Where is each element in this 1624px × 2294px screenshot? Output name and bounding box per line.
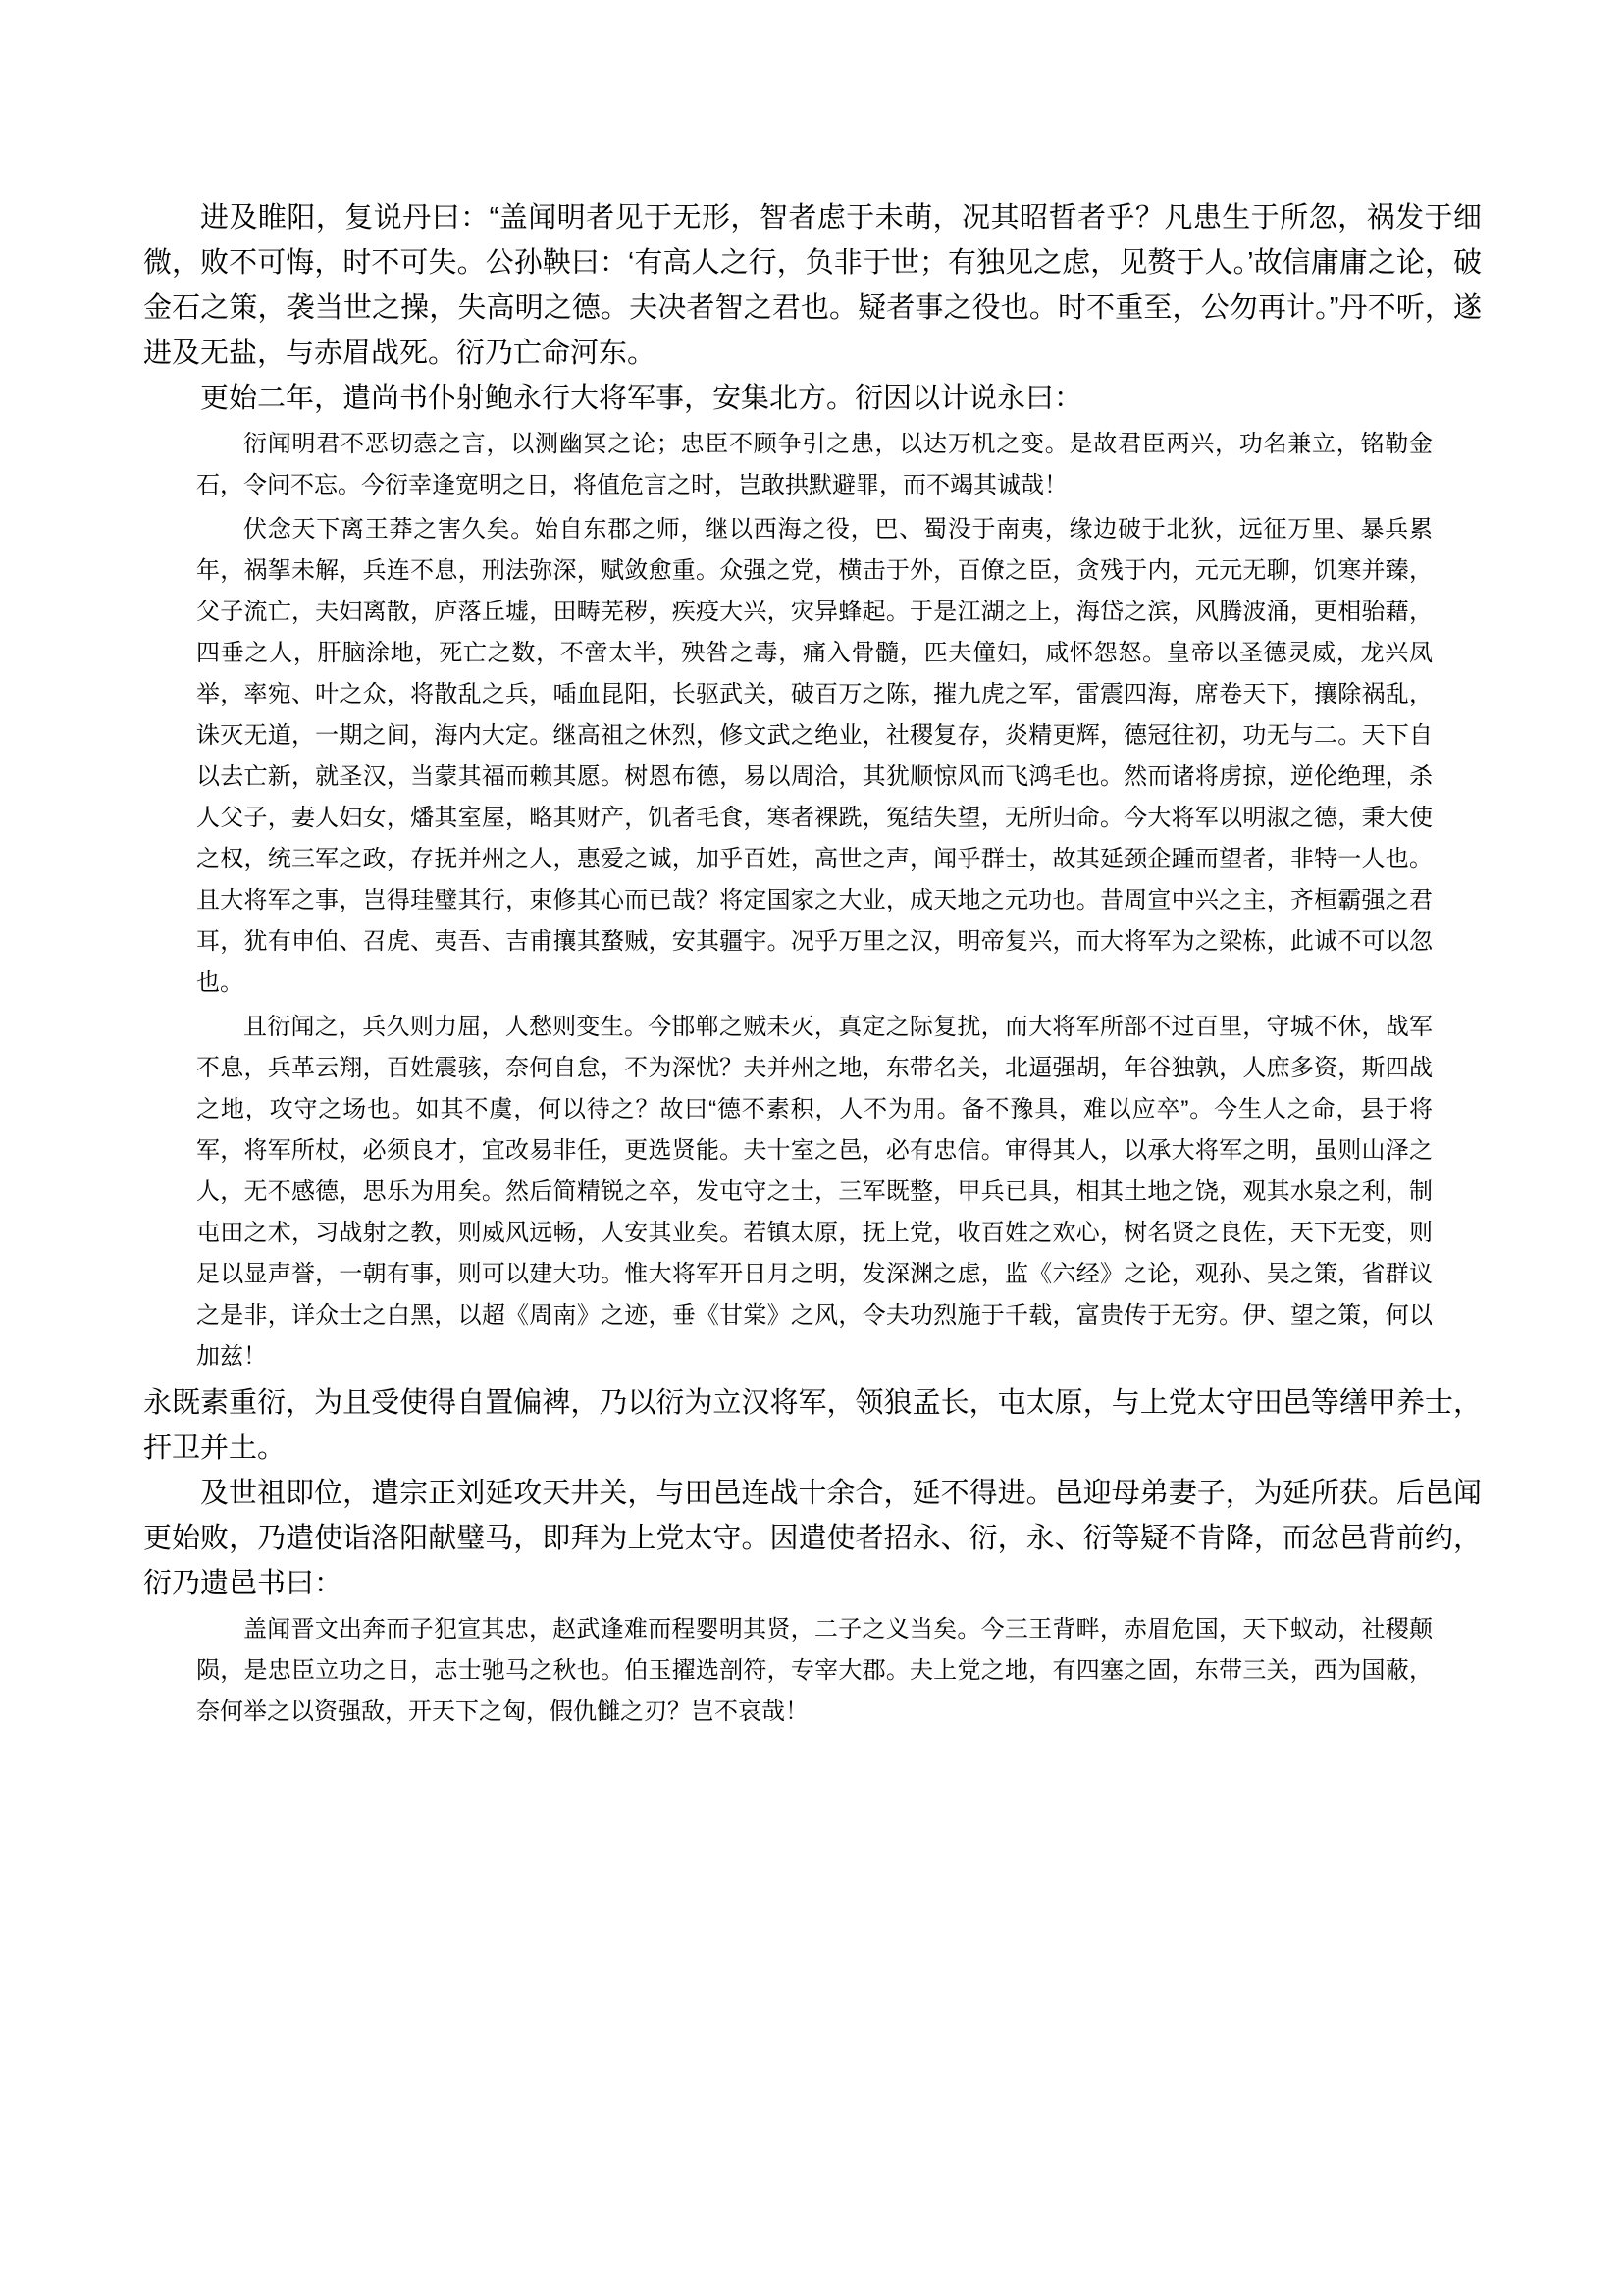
paragraph-main-4: 及世祖即位，遣宗正刘延攻天井关，与田邑连战十余合，延不得进。邑迎母弟妻子，为延所…	[143, 1471, 1482, 1606]
blockquote-paragraph-1: 衍闻明君不恶切悫之言，以测幽冥之论；忠臣不顾争引之患，以达万机之变。是故君臣两兴…	[196, 424, 1433, 506]
blockquote-paragraph-3: 且衍闻之，兵久则力屈，人愁则变生。今邯郸之贼未灭，真定之际复扰，而大将军所部不过…	[196, 1007, 1433, 1378]
paragraph-main-3: 永既素重衍，为且受使得自置偏裨，乃以衍为立汉将军，领狼孟长，屯太原，与上党太守田…	[143, 1381, 1482, 1471]
paragraph-main-2: 更始二年，遣尚书仆射鲍永行大将军事，安集北方。衍因以计说永曰：	[143, 376, 1482, 421]
blockquote-paragraph-4: 盖闻晋文出奔而子犯宣其忠，赵武逢难而程婴明其贤，二子之义当矣。今三王背畔，赤眉危…	[196, 1609, 1433, 1733]
document-page: 进及睢阳，复说丹曰：“盖闻明者见于无形，智者虑于未萌，况其昭晢者乎？凡患生于所忽…	[0, 0, 1624, 2294]
blockquote-paragraph-2: 伏念天下离王莽之害久矣。始自东郡之师，继以西海之役，巴、蜀没于南夷，缘边破于北狄…	[196, 509, 1433, 1004]
paragraph-main-1: 进及睢阳，复说丹曰：“盖闻明者见于无形，智者虑于未萌，况其昭晢者乎？凡患生于所忽…	[143, 195, 1482, 376]
